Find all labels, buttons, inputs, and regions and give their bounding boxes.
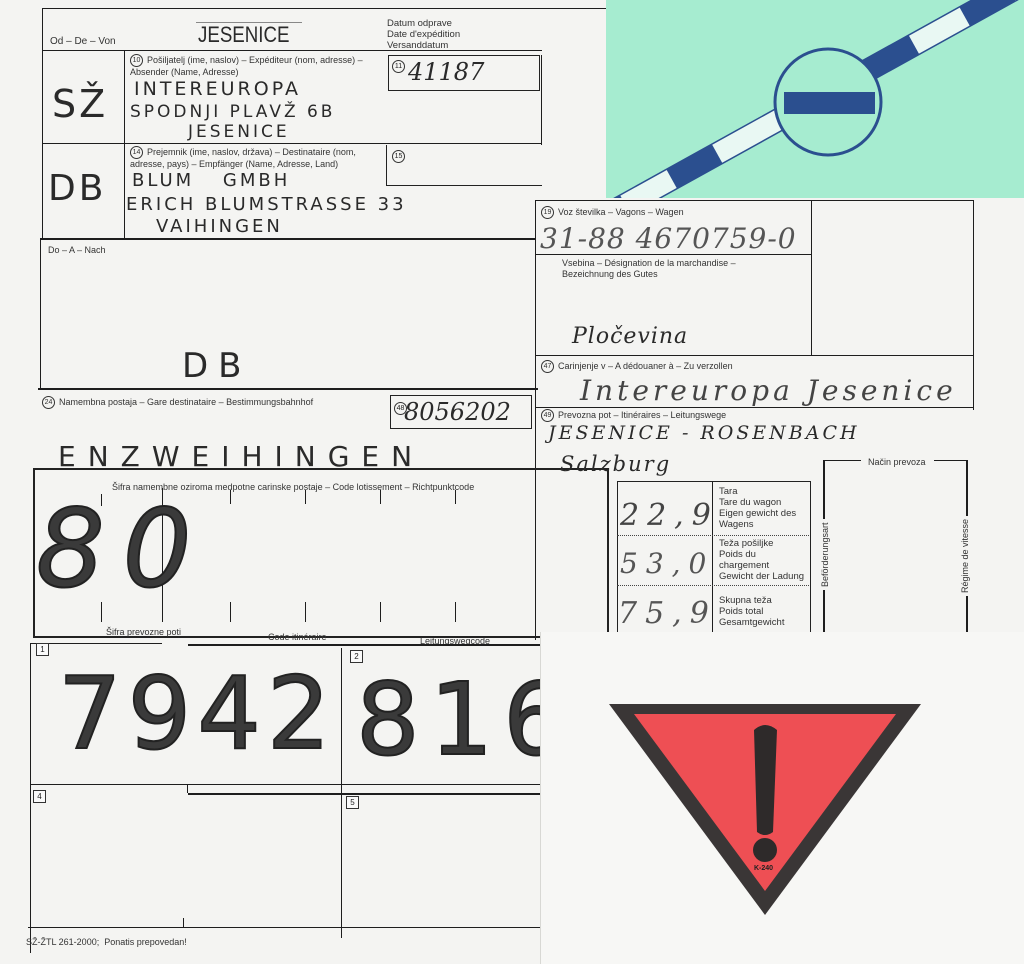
goods-value: Pločevina bbox=[572, 324, 688, 349]
transport-mode-box bbox=[823, 460, 967, 640]
from-label: Od – De – Von bbox=[50, 36, 116, 47]
total-value: 75,9 bbox=[618, 596, 717, 631]
no-entry-icon bbox=[606, 0, 1024, 198]
box-number-2: 2 bbox=[350, 650, 363, 663]
box-number-5: 5 bbox=[346, 796, 359, 809]
to-label: Do – A – Nach bbox=[48, 245, 106, 256]
destination-label: 24Namembna postaja – Gare destinataire –… bbox=[42, 396, 313, 409]
load-label: Teža pošiljke Poids du chargement Gewich… bbox=[719, 538, 804, 582]
consignee-railway: DB bbox=[48, 168, 106, 209]
customs-code-value: 80 bbox=[36, 495, 209, 605]
route-label: 49Prevozna pot – Itinéraires – Leitungsw… bbox=[541, 409, 726, 422]
from-station: JESENICE bbox=[198, 22, 289, 48]
transport-mode-left: Beförderungsart bbox=[820, 519, 830, 590]
field-number-24: 24 bbox=[42, 396, 55, 409]
total-label: Skupna teža Poids total Gesamtgewicht bbox=[719, 595, 784, 628]
field-number-49: 49 bbox=[541, 409, 554, 422]
goods-label: Vsebina – Désignation de la marchandise … bbox=[562, 258, 736, 280]
green-sticker bbox=[606, 0, 1024, 198]
exclamation-icon bbox=[541, 632, 1024, 964]
field-15-box bbox=[386, 145, 542, 186]
to-value: DB bbox=[182, 346, 252, 386]
sender-line-2: SPODNJI PLAVŽ 6B bbox=[130, 102, 335, 122]
field-11-value: 41187 bbox=[408, 58, 484, 86]
tare-label: Tara Tare du wagon Eigen gewicht des Wag… bbox=[719, 486, 796, 530]
box-number-4: 4 bbox=[33, 790, 46, 803]
consignee-line-2: ERICH BLUMSTRASSE 33 bbox=[126, 194, 407, 215]
warning-sticker-paper: K-240 bbox=[540, 632, 1024, 964]
sender-label: 10Pošiljatelj (ime, naslov) – Expéditeur… bbox=[130, 54, 375, 78]
date-label: Datum odprave Date d'expédition Versandd… bbox=[387, 18, 460, 51]
field-number-11: 11 bbox=[392, 60, 405, 73]
field-number-10: 10 bbox=[130, 54, 143, 67]
route-line-1: JESENICE - ROSENBACH bbox=[548, 422, 860, 444]
destination-code: 8056202 bbox=[404, 398, 511, 426]
consignee-label: 14Prejemnik (ime, naslov, država) – Dest… bbox=[130, 146, 380, 170]
route-line-2: Salzburg bbox=[560, 452, 671, 476]
itinerary-label-2: Code itinéraire bbox=[268, 632, 327, 643]
wagon-label: 19Voz številka – Vagons – Wagen bbox=[541, 206, 684, 219]
itinerary-box2-value: 816 bbox=[356, 670, 544, 770]
sender-line-3: JESENICE bbox=[188, 122, 290, 142]
field-number-14: 14 bbox=[130, 146, 143, 159]
footer-text: SŽ-ŽTL 261-2000; Ponatis prepovedan! bbox=[26, 937, 187, 948]
field-number-15: 15 bbox=[392, 150, 405, 163]
transport-mode-right: Régime de vitesse bbox=[960, 516, 970, 596]
consignee-line-3: VAIHINGEN bbox=[156, 216, 283, 237]
sender-line-1: INTEREUROPA bbox=[134, 78, 301, 100]
itinerary-label-1: Šifra prevozne poti bbox=[106, 627, 181, 638]
field-number-19: 19 bbox=[541, 206, 554, 219]
customs-value: Intereuropa Jesenice bbox=[580, 374, 957, 407]
tare-value: 22,9 bbox=[620, 498, 719, 533]
customs-label: 47Carinjenje v – A dédouaner à – Zu verz… bbox=[541, 360, 733, 373]
box-number-1: 1 bbox=[36, 643, 49, 656]
sender-railway: SŽ bbox=[52, 82, 108, 126]
wagon-number: 31-88 4670759-0 bbox=[540, 222, 797, 255]
load-value: 53,0 bbox=[620, 547, 714, 580]
itinerary-box1-value: 7942 bbox=[58, 664, 337, 764]
consignee-line-1: BLUM GMBH bbox=[132, 170, 290, 191]
transport-mode-label: Način prevoza bbox=[866, 457, 928, 468]
field-number-47: 47 bbox=[541, 360, 554, 373]
warning-code: K-240 bbox=[754, 865, 773, 872]
